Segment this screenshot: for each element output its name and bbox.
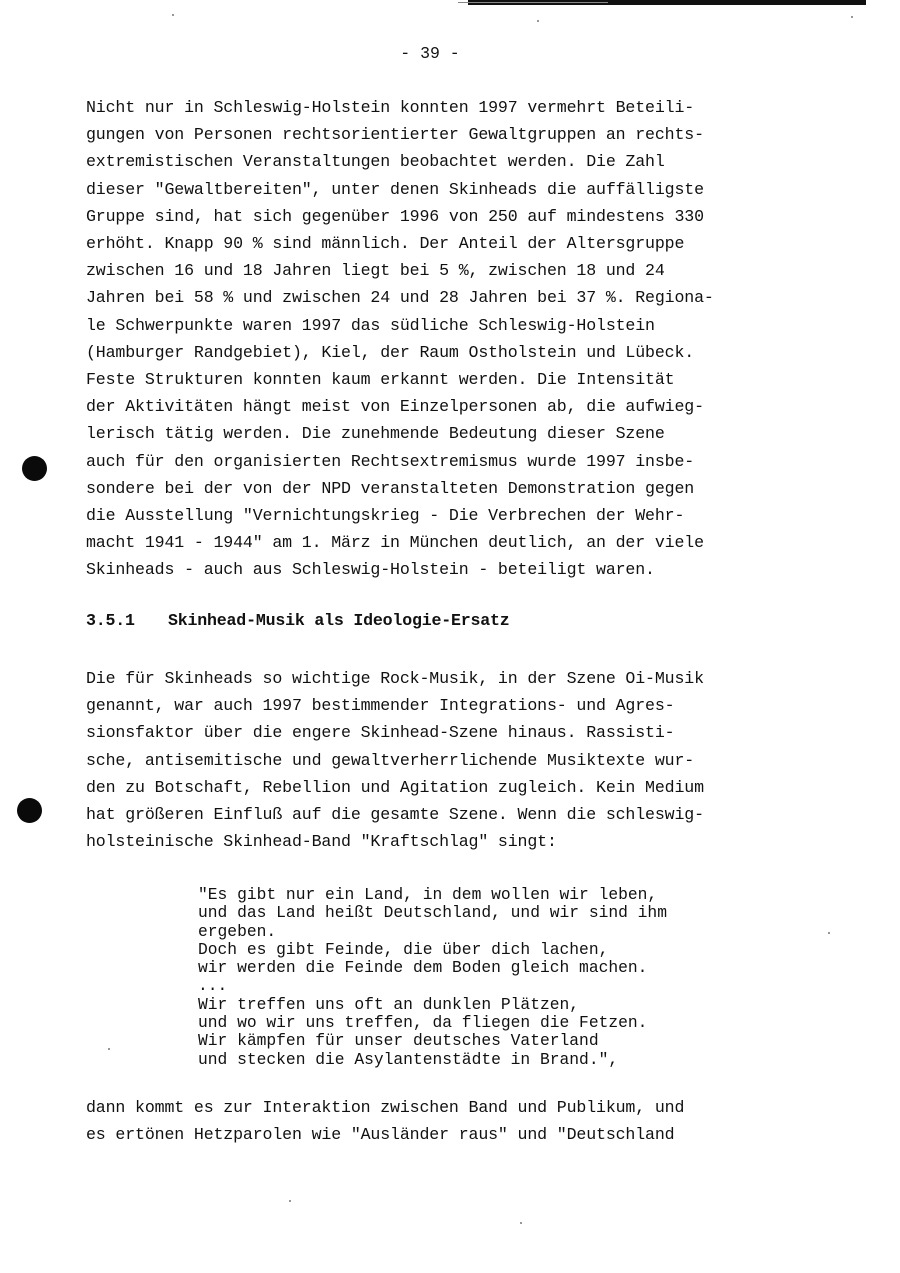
text-line: lerisch tätig werden. Die zunehmende Bed… [86, 420, 806, 447]
text-line: Doch es gibt Feinde, die über dich lache… [198, 941, 667, 959]
text-line: Jahren bei 58 % und zwischen 24 und 28 J… [86, 284, 806, 311]
text-line: und stecken die Asylantenstädte in Brand… [198, 1051, 667, 1069]
text-line: der Aktivitäten hängt meist von Einzelpe… [86, 393, 806, 420]
text-line: macht 1941 - 1944" am 1. März in München… [86, 529, 806, 556]
text-line: auch für den organisierten Rechtsextremi… [86, 448, 806, 475]
text-line: Die für Skinheads so wichtige Rock-Musik… [86, 665, 806, 692]
text-line: sche, antisemitische und gewaltverherrli… [86, 747, 806, 774]
scan-speck [108, 1048, 110, 1050]
text-line: (Hamburger Randgebiet), Kiel, der Raum O… [86, 339, 806, 366]
section-title: Skinhead-Musik als Ideologie-Ersatz [168, 611, 510, 630]
scan-speck [537, 20, 539, 22]
text-line: ergeben. [198, 923, 667, 941]
punch-hole-bottom [17, 798, 42, 823]
text-line: Feste Strukturen konnten kaum erkannt we… [86, 366, 806, 393]
text-line: zwischen 16 und 18 Jahren liegt bei 5 %,… [86, 257, 806, 284]
scan-edge-rule [468, 0, 866, 5]
text-line: den zu Botschaft, Rebellion und Agitatio… [86, 774, 806, 801]
scan-speck [172, 14, 174, 16]
text-line: gungen von Personen rechtsorientierter G… [86, 121, 806, 148]
text-line: Wir kämpfen für unser deutsches Vaterlan… [198, 1032, 667, 1050]
text-line: Skinheads - auch aus Schleswig-Holstein … [86, 556, 806, 583]
scan-speck [828, 932, 830, 934]
text-line: Wir treffen uns oft an dunklen Plätzen, [198, 996, 667, 1014]
text-line: Nicht nur in Schleswig-Holstein konnten … [86, 94, 806, 121]
punch-hole-top [22, 456, 47, 481]
scan-speck [520, 1222, 522, 1224]
text-line: ... [198, 977, 667, 995]
text-line: Gruppe sind, hat sich gegenüber 1996 von… [86, 203, 806, 230]
text-line: erhöht. Knapp 90 % sind männlich. Der An… [86, 230, 806, 257]
text-line: dieser "Gewaltbereiten", unter denen Ski… [86, 176, 806, 203]
text-line: sionsfaktor über die engere Skinhead-Sze… [86, 719, 806, 746]
scan-speck [289, 1200, 291, 1202]
text-line: dann kommt es zur Interaktion zwischen B… [86, 1094, 806, 1121]
page-number: - 39 - [0, 44, 860, 63]
section-number: 3.5.1 [86, 611, 168, 630]
text-line: die Ausstellung "Vernichtungskrieg - Die… [86, 502, 806, 529]
text-line: und wo wir uns treffen, da fliegen die F… [198, 1014, 667, 1032]
paragraph-music: Die für Skinheads so wichtige Rock-Musik… [86, 665, 806, 855]
paragraph-intro: Nicht nur in Schleswig-Holstein konnten … [86, 94, 806, 584]
text-line: le Schwerpunkte waren 1997 das südliche … [86, 312, 806, 339]
text-line: sondere bei der von der NPD veranstaltet… [86, 475, 806, 502]
text-line: und das Land heißt Deutschland, und wir … [198, 904, 667, 922]
scan-speck [851, 16, 853, 18]
text-line: "Es gibt nur ein Land, in dem wollen wir… [198, 886, 667, 904]
text-line: genannt, war auch 1997 bestimmender Inte… [86, 692, 806, 719]
text-line: extremistischen Veranstaltungen beobacht… [86, 148, 806, 175]
section-heading: 3.5.1Skinhead-Musik als Ideologie-Ersatz [86, 611, 510, 630]
text-line: es ertönen Hetzparolen wie "Ausländer ra… [86, 1121, 806, 1148]
paragraph-continuation: dann kommt es zur Interaktion zwischen B… [86, 1094, 806, 1148]
text-line: wir werden die Feinde dem Boden gleich m… [198, 959, 667, 977]
text-line: holsteinische Skinhead-Band "Kraftschlag… [86, 828, 806, 855]
text-line: hat größeren Einfluß auf die gesamte Sze… [86, 801, 806, 828]
song-lyrics-quote: "Es gibt nur ein Land, in dem wollen wir… [198, 886, 667, 1069]
